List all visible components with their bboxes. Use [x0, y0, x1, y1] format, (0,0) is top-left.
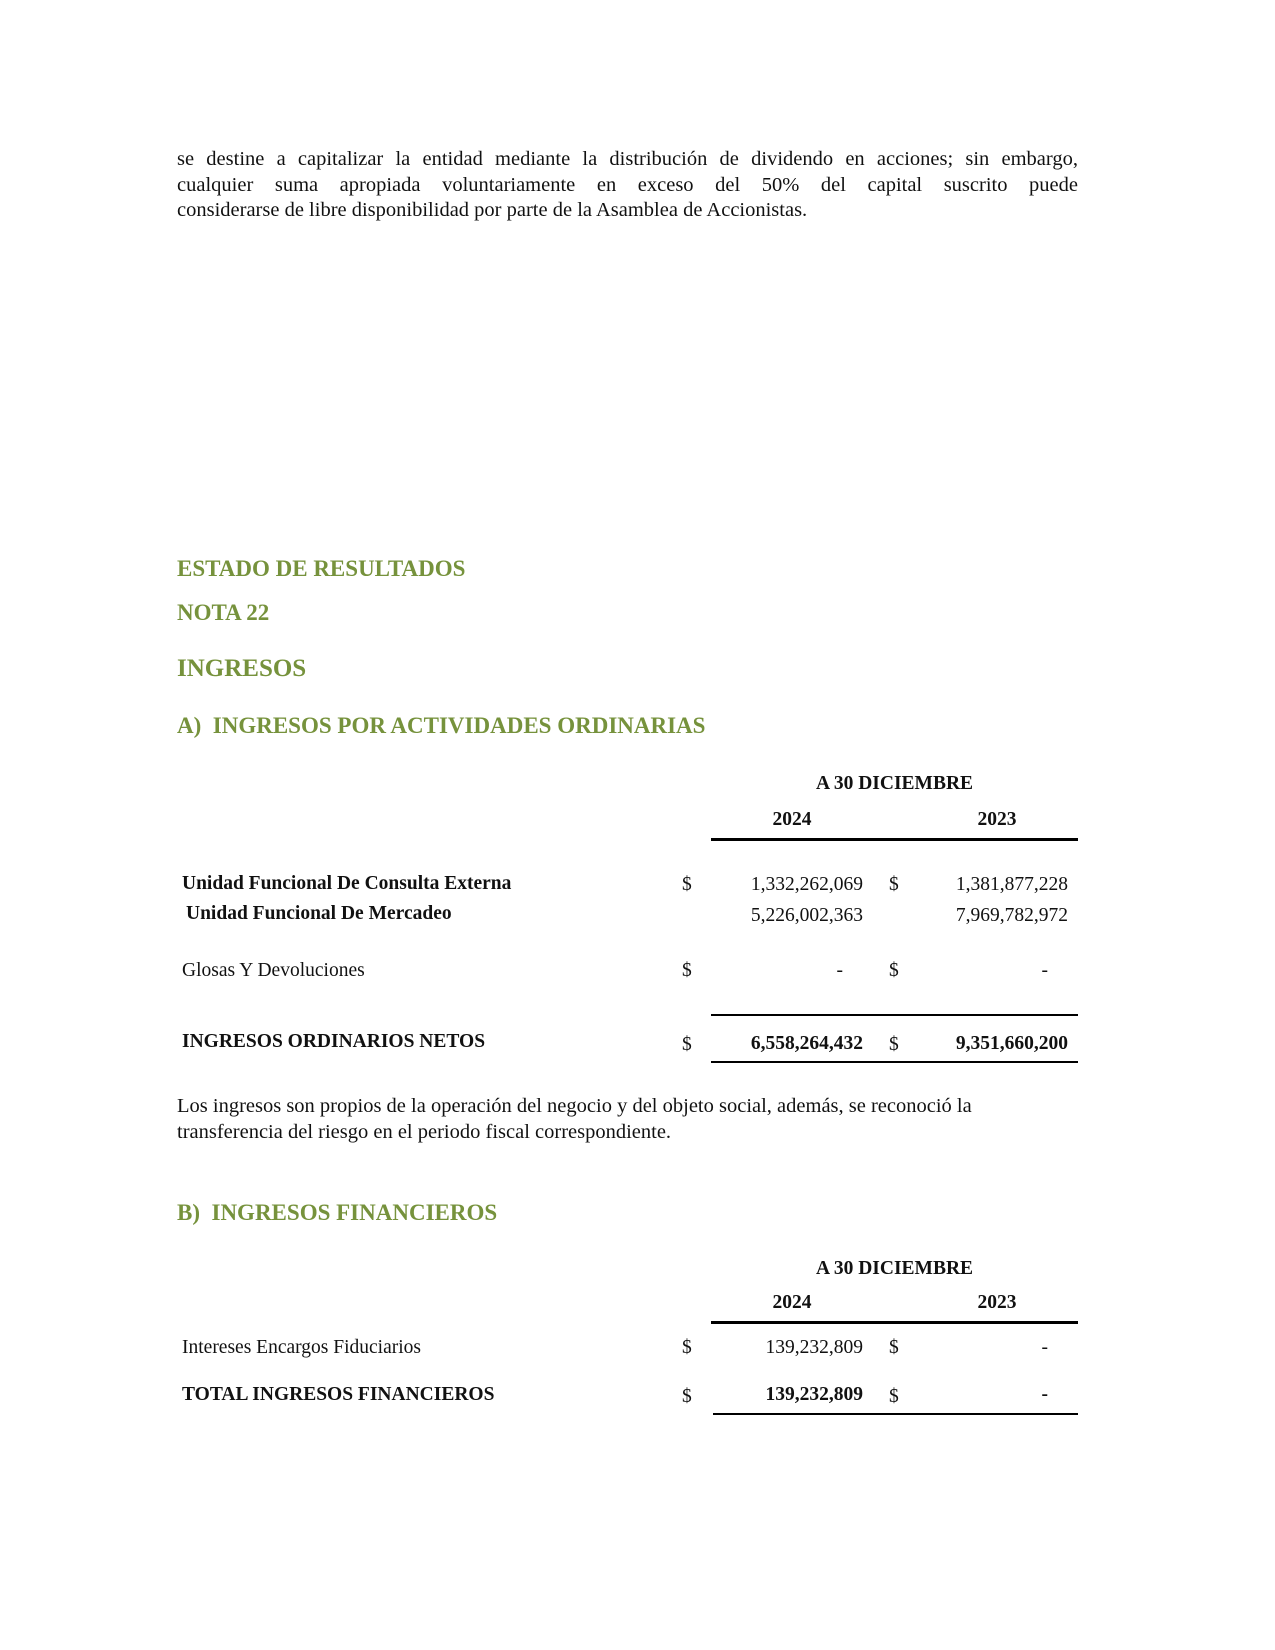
period-header: A 30 DICIEMBRE [711, 1258, 1078, 1280]
total-rule [713, 1413, 1078, 1415]
intro-line: considerarse de libre disponibilidad por… [177, 198, 1078, 224]
intro-line: cualquier suma apropiada voluntariamente… [177, 173, 1078, 199]
currency-2024: $ [682, 960, 692, 982]
note-line: transferencia del riesgo en el periodo f… [177, 1120, 1078, 1146]
total-label: TOTAL INGRESOS FINANCIEROS [182, 1384, 494, 1406]
year-2023-header: 2023 [947, 1292, 1047, 1314]
note-heading: NOTA 22 [177, 600, 269, 626]
currency-2024: $ [682, 1386, 692, 1408]
total-value-2024: 6,558,264,432 [713, 1033, 863, 1055]
row-label: Glosas Y Devoluciones [182, 960, 365, 982]
period-header: A 30 DICIEMBRE [711, 773, 1078, 795]
section-b-title: B) INGRESOS FINANCIEROS [177, 1200, 497, 1226]
currency-2023: $ [889, 874, 899, 896]
total-rule [711, 1061, 1078, 1063]
currency-2023: $ [889, 1386, 899, 1408]
header-rule [711, 838, 1078, 841]
total-value-2023: 9,351,660,200 [918, 1033, 1068, 1055]
value-2024: 1,332,262,069 [713, 874, 863, 896]
section-a-title: A) INGRESOS POR ACTIVIDADES ORDINARIAS [177, 713, 705, 739]
value-2023: - [918, 960, 1048, 982]
currency-2023: $ [889, 1034, 899, 1056]
header-rule [711, 1321, 1078, 1324]
section-heading: INGRESOS [177, 655, 306, 683]
value-2023: 1,381,877,228 [918, 874, 1068, 896]
year-2024-header: 2024 [742, 1292, 842, 1314]
note-paragraph: Los ingresos son propios de la operación… [177, 1094, 1078, 1145]
intro-line: se destine a capitalizar la entidad medi… [177, 147, 1078, 173]
total-value-2024: 139,232,809 [713, 1384, 863, 1406]
value-2024: 139,232,809 [713, 1337, 863, 1359]
currency-2024: $ [682, 874, 692, 896]
currency-2023: $ [889, 1337, 899, 1359]
total-value-2023: - [918, 1384, 1048, 1406]
year-2023-header: 2023 [947, 809, 1047, 831]
currency-2023: $ [889, 960, 899, 982]
year-2024-header: 2024 [742, 809, 842, 831]
total-label: INGRESOS ORDINARIOS NETOS [182, 1031, 485, 1053]
row-label: Intereses Encargos Fiduciarios [182, 1337, 421, 1359]
subtotal-rule [711, 1014, 1078, 1016]
intro-paragraph: se destine a capitalizar la entidad medi… [177, 147, 1078, 224]
value-2024: - [713, 960, 843, 982]
value-2023: 7,969,782,972 [918, 905, 1068, 927]
currency-2024: $ [682, 1337, 692, 1359]
row-label: Unidad Funcional De Consulta Externa [182, 873, 511, 895]
value-2023: - [918, 1337, 1048, 1359]
row-label: Unidad Funcional De Mercadeo [186, 903, 452, 925]
value-2024: 5,226,002,363 [713, 905, 863, 927]
statement-heading: ESTADO DE RESULTADOS [177, 556, 465, 582]
currency-2024: $ [682, 1034, 692, 1056]
note-line: Los ingresos son propios de la operación… [177, 1094, 1078, 1120]
